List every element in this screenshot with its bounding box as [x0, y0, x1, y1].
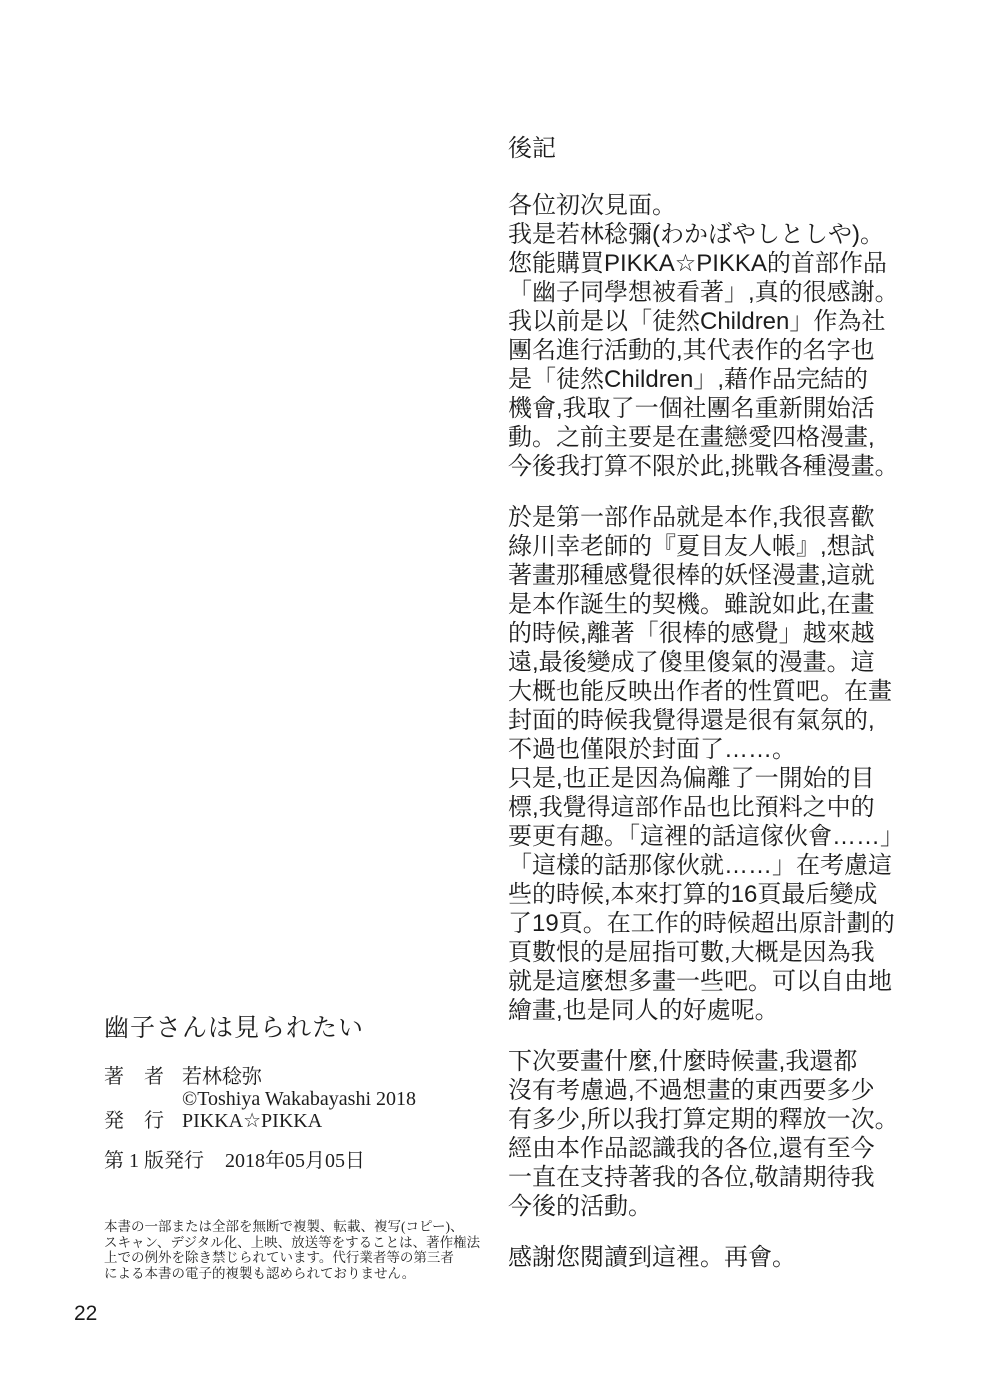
page-number: 22: [74, 1302, 97, 1326]
afterword-paragraph-future-plans: 下次要畫什麼,什麼時候畫,我還都 沒有考慮過,不過想畫的東西要多少 有多少,所以…: [508, 1047, 944, 1221]
copyright-notice: 本書の一部または全部を無断で複製、転載、複写(コピー)、 スキャン、デジタル化、…: [104, 1219, 504, 1281]
afterword-paragraph-about-work: 於是第一部作品就是本作,我很喜歡 綠川幸老師的『夏目友人帳』,想試 著畫那種感覺…: [508, 503, 944, 1025]
author-row: 著 者 若林稔弥: [104, 1066, 504, 1088]
colophon-credits: 著 者 若林稔弥 ©Toshiya Wakabayashi 2018 発 行 P…: [104, 1066, 504, 1172]
edition-date: 2018年05月05日: [225, 1150, 365, 1172]
author-label: 著 者: [104, 1066, 182, 1088]
publisher-name: PIKKA☆PIKKA: [182, 1110, 322, 1132]
book-page: 後記 各位初次見面。 我是若林稔彌(わかばやしとしや)。 您能購買PIKKA☆P…: [0, 0, 1000, 1399]
publisher-row: 発 行 PIKKA☆PIKKA: [104, 1110, 504, 1132]
afterword-paragraph-closing: 感謝您閱讀到這裡。再會。: [508, 1243, 944, 1272]
author-name: 若林稔弥: [182, 1066, 262, 1088]
edition-label: 第 1 版発行: [104, 1150, 204, 1172]
afterword-paragraph-greeting: 各位初次見面。 我是若林稔彌(わかばやしとしや)。 您能購買PIKKA☆PIKK…: [508, 191, 944, 481]
afterword-section: 後記 各位初次見面。 我是若林稔彌(わかばやしとしや)。 您能購買PIKKA☆P…: [508, 134, 944, 1272]
colophon-section: 幽子さんは見られたい 著 者 若林稔弥 ©Toshiya Wakabayashi…: [104, 1008, 504, 1281]
edition-row: 第 1 版発行 2018年05月05日: [104, 1150, 504, 1172]
copyright-line: ©Toshiya Wakabayashi 2018: [182, 1088, 504, 1110]
book-title: 幽子さんは見られたい: [104, 1008, 504, 1044]
publisher-label: 発 行: [104, 1110, 182, 1132]
afterword-heading: 後記: [508, 134, 944, 163]
